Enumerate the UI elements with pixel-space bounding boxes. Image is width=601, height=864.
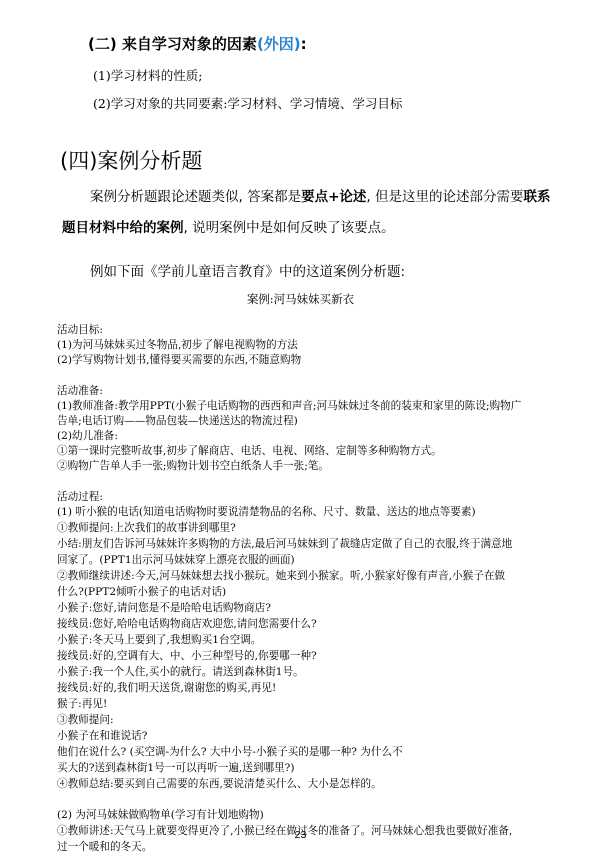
case-line: 买大的?送到森林街1号一可以再听一遍,送到哪里?): [57, 760, 294, 775]
case-line: (1)教师准备:教学用PPT(小猴子电话购物的西西和声音;河马妹妹过冬前的装束和…: [57, 398, 521, 413]
case-line: (1)为河马妹妹买过冬物品,初步了解电视购物的方法: [57, 337, 298, 352]
intro-example: 例如下面《学前儿童语言教育》中的这道案例分析题:: [90, 260, 405, 280]
case-line: (2)学写购物计划书,懂得要买需要的东西,不随意购物: [57, 352, 301, 367]
case-line: ①教师提问:上次我们的故事讲到哪里?: [57, 520, 236, 535]
section-heading-colon: :: [301, 35, 307, 53]
section-heading-highlight: (外因): [257, 35, 301, 53]
intro-emphasis: 要点+论述: [301, 189, 366, 205]
factor-item-1: (1)学习材料的性质;: [93, 66, 202, 84]
case-line: 活动准备:: [57, 383, 103, 398]
case-line: 小猴子在和谁说话?: [57, 728, 147, 743]
intro-line-1: 案例分析题跟论述题类似, 答案都是要点+论述, 但是这里的论述部分需要联系: [90, 185, 551, 205]
intro-line-2: 题目材料中给的案例, 说明案例中是如何反映了该要点。: [62, 216, 395, 236]
case-line: ①第一课时完整听故事,初步了解商店、电话、电视、网络、定制等多种购物方式。: [57, 443, 442, 458]
case-line: 回家了。(PPT1出示河马妹妹穿上漂亮衣服的画面): [57, 552, 295, 567]
section-heading: (二) 来自学习对象的因素(外因):: [88, 33, 307, 54]
section-heading-text: (二) 来自学习对象的因素: [88, 35, 257, 53]
case-line: 小猴子:我一个人住,买小的就行。请送到森林街1号。: [57, 664, 304, 679]
case-line: 小猴子:冬天马上要到了,我想购买1台空调。: [57, 632, 261, 647]
case-line: 接线员:您好,哈哈电话购物商店欢迎您,请问您需要什么?: [57, 616, 317, 631]
page-number: 23: [0, 829, 601, 841]
case-line: (2)幼儿准备:: [57, 428, 118, 443]
intro-text: , 说明案例中是如何反映了该要点。: [184, 220, 395, 236]
case-line: 活动过程:: [57, 489, 103, 504]
case-line: ②教师继续讲述:今天,河马妹妹想去找小猴玩。她来到小猴家。听,小猴家好像有声音,…: [57, 568, 505, 583]
case-line: 告单;电话订购——物品包装—快递送达的物流过程): [57, 413, 298, 428]
case-line: ④教师总结:要买到自己需要的东西,要说清楚买什么、大小是怎样的。: [57, 776, 382, 791]
case-line: ③教师提问:: [57, 712, 114, 727]
case-title: 案例:河马妹妹买新衣: [0, 291, 601, 307]
case-line: 过一个暖和的冬天。: [57, 839, 152, 854]
intro-text: , 但是这里的论述部分需要: [366, 189, 523, 205]
case-line: (2) 为河马妹妹做购物单(学习有计划地购物): [57, 807, 264, 822]
case-line: 小猴子:您好,请问您是不是哈哈电话购物商店?: [57, 600, 271, 615]
case-line: 猴子:再见!: [57, 696, 107, 711]
case-line: 小结:朋友们告诉河马妹妹许多购物的方法,最后河马妹妹到了裁缝店定做了自己的衣服,…: [57, 536, 512, 551]
case-line: 接线员:好的,我们明天送货,谢谢您的购买,再见!: [57, 680, 276, 695]
case-analysis-heading: (四)案例分析题: [60, 145, 202, 175]
case-line: ②购物广告单人手一张;购物计划书空白纸条人手一张;笔。: [57, 458, 329, 473]
case-line: 接线员:好的,空调有大、中、小三种型号的,你要哪一种?: [57, 648, 317, 663]
factor-item-2: (2)学习对象的共同要素:学习材料、学习情境、学习目标: [93, 94, 402, 112]
case-line: 活动目标:: [57, 322, 103, 337]
intro-emphasis: 联系: [524, 189, 551, 205]
case-line: 什么?(PPT2倾听小猴子的电话对话): [57, 584, 226, 599]
intro-emphasis: 题目材料中给的案例: [62, 220, 184, 236]
intro-text: 案例分析题跟论述题类似, 答案都是: [90, 189, 301, 205]
case-line: 他们在说什么? (买空调-为什么? 大中小号-小猴子买的是哪一种? 为什么不: [57, 744, 403, 759]
case-line: (1) 听小猴的电话(知道电话购物时要说清楚物品的名称、尺寸、数量、送达的地点等…: [57, 504, 476, 519]
